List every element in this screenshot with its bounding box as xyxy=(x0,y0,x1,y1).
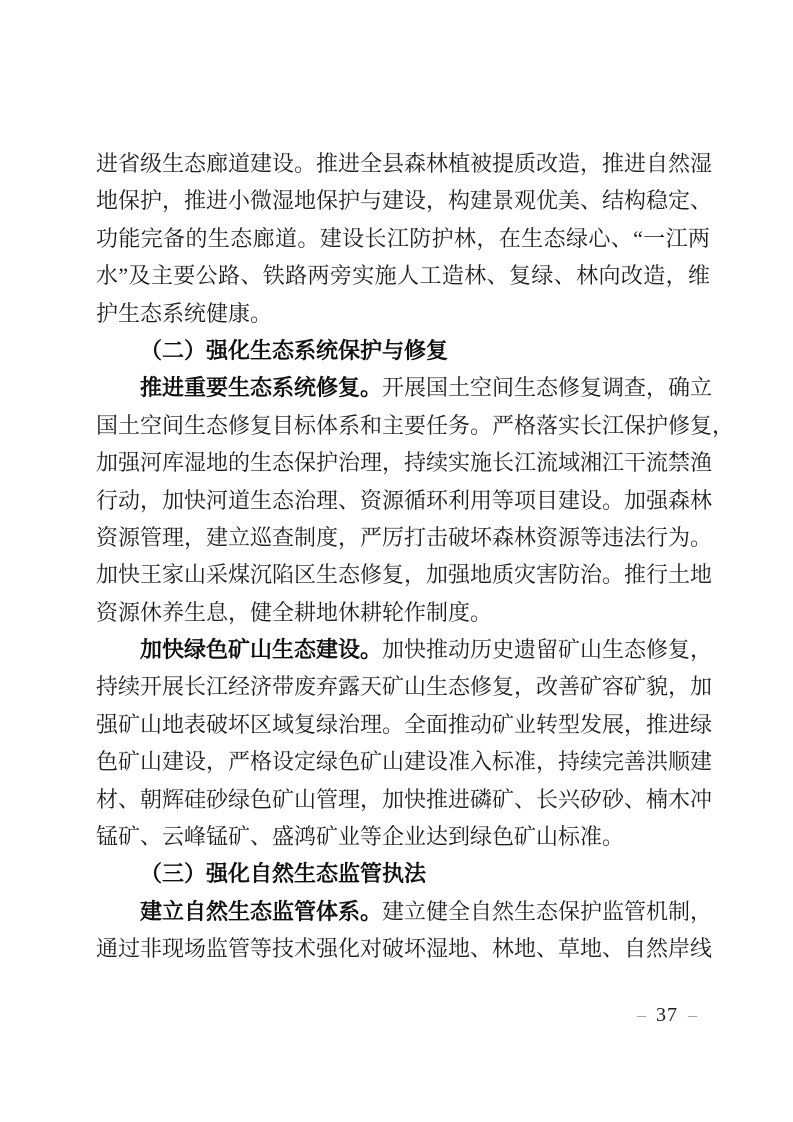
bold-lead-sentence: 建立自然生态监管体系。 xyxy=(140,899,382,924)
body-text-line: 护生态系统健康。 xyxy=(96,295,710,332)
body-text-line: 行动，加快河道生态治理、资源循环利用等项目建设。加强森林 xyxy=(96,482,710,519)
bold-lead-sentence: 加快绿色矿山生态建设。 xyxy=(140,637,382,662)
document-body: 进省级生态廊道建设。推进全县森林植被提质改造，推进自然湿地保护，推进小微湿地保护… xyxy=(96,145,710,968)
body-text-line: 资源休养生息，健全耕地休耕轮作制度。 xyxy=(96,594,710,631)
body-text-line: 色矿山建设，严格设定绿色矿山建设准入标准，持续完善洪顺建 xyxy=(96,743,710,780)
body-text-line: 功能完备的生态廊道。建设长江防护林，在生态绿心、“一江两 xyxy=(96,220,710,257)
footer-dash-right: – xyxy=(688,1004,697,1026)
document-page: 进省级生态廊道建设。推进全县森林植被提质改造，推进自然湿地保护，推进小微湿地保护… xyxy=(0,0,793,1122)
body-text-line: 地保护，推进小微湿地保护与建设，构建景观优美、结构稳定、 xyxy=(96,182,710,219)
body-text-line: 资源管理，建立巡查制度，严厉打击破坏森林资源等违法行为。 xyxy=(96,519,710,556)
section-heading: （三）强化自然生态监管执法 xyxy=(96,855,710,892)
body-text-line: 加快王家山采煤沉陷区生态修复，加强地质灾害防治。推行土地 xyxy=(96,556,710,593)
body-text-line: 通过非现场监管等技术强化对破坏湿地、林地、草地、自然岸线 xyxy=(96,930,710,967)
body-text-line: 进省级生态廊道建设。推进全县森林植被提质改造，推进自然湿 xyxy=(96,145,710,182)
section-heading-text: （二）强化生态系统保护与修复 xyxy=(140,338,448,363)
body-text-line: 材、朝辉硅砂绿色矿山管理，加快推进磷矿、长兴矽砂、楠木冲 xyxy=(96,781,710,818)
body-text-line: 锰矿、云峰锰矿、盛鸿矿业等企业达到绿色矿山标准。 xyxy=(96,818,710,855)
body-text-line: 持续开展长江经济带废弃露天矿山生态修复，改善矿容矿貌，加 xyxy=(96,668,710,705)
body-text-line: 国土空间生态修复目标体系和主要任务。严格落实长江保护修复， xyxy=(96,407,710,444)
page-number: 37 xyxy=(656,1004,678,1026)
body-text-line: 加快绿色矿山生态建设。加快推动历史遗留矿山生态修复， xyxy=(96,631,710,668)
bold-lead-sentence: 推进重要生态系统修复。 xyxy=(140,375,382,400)
body-text-line: 推进重要生态系统修复。开展国土空间生态修复调查，确立 xyxy=(96,369,710,406)
section-heading: （二）强化生态系统保护与修复 xyxy=(96,332,710,369)
body-text-line: 水”及主要公路、铁路两旁实施人工造林、复绿、林向改造，维 xyxy=(96,257,710,294)
body-text-line: 建立自然生态监管体系。建立健全自然生态保护监管机制， xyxy=(96,893,710,930)
page-footer: – 37 – xyxy=(637,1004,697,1026)
section-heading-text: （三）强化自然生态监管执法 xyxy=(140,861,426,886)
body-text-line: 强矿山地表破坏区域复绿治理。全面推动矿业转型发展，推进绿 xyxy=(96,706,710,743)
footer-dash-left: – xyxy=(637,1004,646,1026)
body-text-line: 加强河库湿地的生态保护治理，持续实施长江流域湘江干流禁渔 xyxy=(96,444,710,481)
